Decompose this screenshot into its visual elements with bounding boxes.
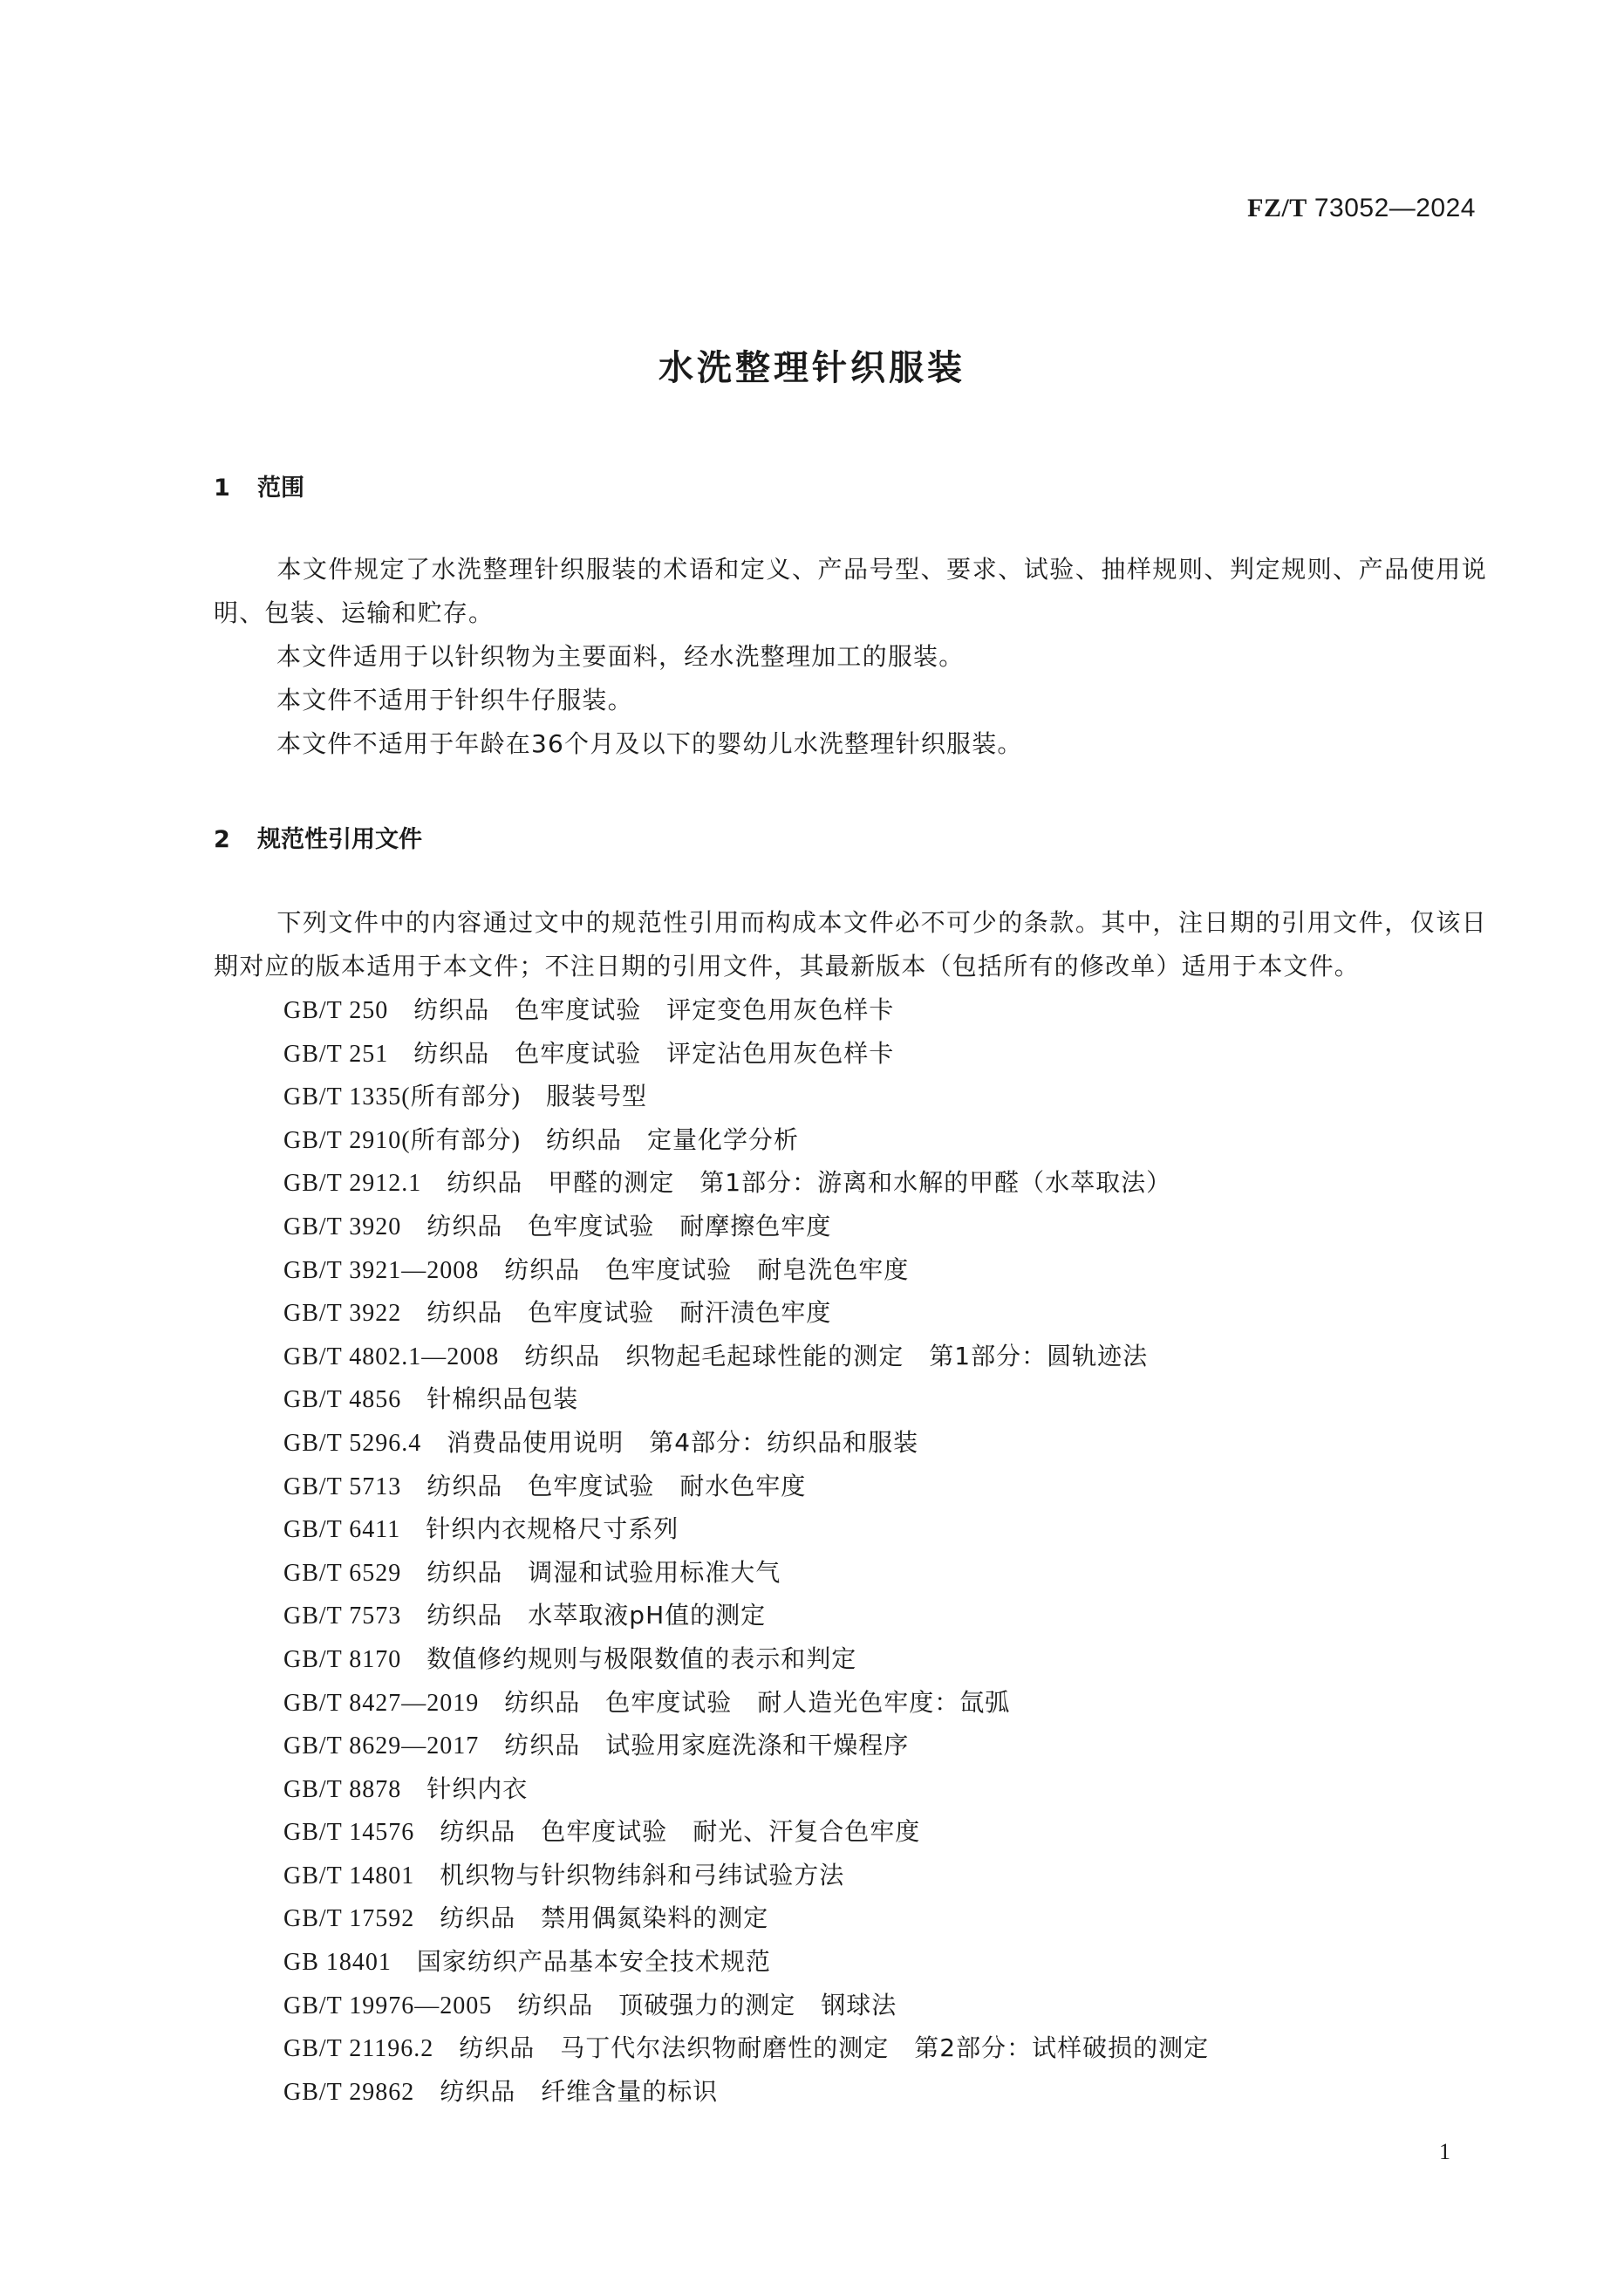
reference-title: 数值修约规则与极限数值的表示和判定 [426,1644,856,1673]
standard-number: 73052—2024 [1314,194,1476,222]
reference-title: 纺织品 织物起毛起球性能的测定 第1部分：圆轨迹法 [524,1342,1148,1370]
scope-paragraph-3: 本文件不适用于针织牛仔服装。 [214,679,1487,722]
reference-item: GB/T 3922 纺织品 色牢度试验 耐汗渍色牢度 [283,1291,1209,1335]
reference-item: GB/T 3921—2008 纺织品 色牢度试验 耐皂洗色牢度 [283,1248,1209,1292]
section-number: 2 [214,826,257,853]
reference-title: 纺织品 水萃取液pH值的测定 [426,1601,766,1630]
reference-item: GB/T 4802.1—2008 纺织品 织物起毛起球性能的测定 第1部分：圆轨… [283,1335,1209,1378]
reference-code: GB 18401 [283,1949,392,1976]
reference-title: 针棉织品包装 [426,1384,578,1413]
reference-code: GB/T 8878 [283,1776,401,1803]
reference-code: GB/T 4856 [283,1386,401,1413]
scope-paragraph-4: 本文件不适用于年龄在36个月及以下的婴幼儿水洗整理针织服装。 [214,722,1487,766]
reference-code: GB/T 17592 [283,1905,414,1932]
reference-item: GB 18401 国家纺织产品基本安全技术规范 [283,1940,1209,1984]
reference-code: GB/T 29862 [283,2079,414,2106]
reference-title: 纺织品 定量化学分析 [546,1125,799,1154]
reference-code: GB/T 3920 [283,1213,401,1240]
reference-code: GB/T 5713 [283,1473,401,1500]
reference-title: 纺织品 色牢度试验 耐水色牢度 [426,1472,806,1500]
reference-title: 针织内衣 [426,1774,528,1803]
reference-code: GB/T 14801 [283,1862,414,1889]
reference-title: 纺织品 色牢度试验 评定沾色用灰色样卡 [413,1039,894,1068]
reference-title: 针织内衣规格尺寸系列 [426,1514,679,1543]
reference-title: 纺织品 纤维含量的标识 [440,2077,718,2106]
reference-item: GB/T 6411 针织内衣规格尺寸系列 [283,1507,1209,1551]
reference-item: GB/T 8170 数值修约规则与极限数值的表示和判定 [283,1637,1209,1681]
reference-code: GB/T 3922 [283,1300,401,1327]
reference-code: GB/T 5296.4 [283,1430,421,1457]
reference-item: GB/T 19976—2005 纺织品 顶破强力的测定 钢球法 [283,1984,1209,2027]
reference-item: GB/T 7573 纺织品 水萃取液pH值的测定 [283,1594,1209,1637]
reference-item: GB/T 14576 纺织品 色牢度试验 耐光、汗复合色牢度 [283,1810,1209,1854]
reference-item: GB/T 251 纺织品 色牢度试验 评定沾色用灰色样卡 [283,1032,1209,1076]
reference-title: 纺织品 色牢度试验 耐汗渍色牢度 [426,1298,831,1327]
reference-title: 纺织品 色牢度试验 评定变色用灰色样卡 [413,995,894,1024]
reference-title: 纺织品 色牢度试验 耐光、汗复合色牢度 [440,1817,920,1846]
reference-title: 纺织品 马丁代尔法织物耐磨性的测定 第2部分：试样破损的测定 [459,2033,1209,2062]
reference-item: GB/T 250 纺织品 色牢度试验 评定变色用灰色样卡 [283,988,1209,1032]
reference-code: GB/T 21196.2 [283,2035,433,2062]
section-heading-normative-references: 2规范性引用文件 [214,820,422,854]
reference-code: GB/T 8170 [283,1646,401,1673]
reference-title: 纺织品 顶破强力的测定 钢球法 [517,1991,897,2019]
reference-code: GB/T 2912.1 [283,1170,421,1197]
reference-code: GB/T 8629—2017 [283,1732,479,1760]
reference-item: GB/T 8878 针织内衣 [283,1767,1209,1811]
section-title: 范围 [257,475,304,502]
reference-code: GB/T 251 [283,1041,388,1068]
reference-list: GB/T 250 纺织品 色牢度试验 评定变色用灰色样卡 GB/T 251 纺织… [283,988,1209,2113]
section-number: 1 [214,475,257,502]
reference-item: GB/T 6529 纺织品 调湿和试验用标准大气 [283,1551,1209,1595]
reference-title: 纺织品 色牢度试验 耐皂洗色牢度 [504,1255,909,1284]
document-title: 水洗整理针织服装 [0,340,1624,390]
page-number: 1 [1439,2139,1450,2165]
reference-item: GB/T 5296.4 消费品使用说明 第4部分：纺织品和服装 [283,1421,1209,1465]
reference-title: 服装号型 [546,1082,647,1110]
reference-item: GB/T 21196.2 纺织品 马丁代尔法织物耐磨性的测定 第2部分：试样破损… [283,2026,1209,2070]
section-title: 规范性引用文件 [257,826,422,853]
reference-code: GB/T 3921—2008 [283,1257,479,1284]
reference-item: GB/T 17592 纺织品 禁用偶氮染料的测定 [283,1896,1209,1940]
reference-item: GB/T 1335(所有部分) 服装号型 [283,1075,1209,1118]
reference-code: GB/T 6411 [283,1516,400,1543]
reference-title: 纺织品 色牢度试验 耐人造光色牢度：氙弧 [504,1688,1010,1717]
reference-code: GB/T 250 [283,997,388,1024]
reference-item: GB/T 14801 机织物与针织物纬斜和弓纬试验方法 [283,1854,1209,1897]
reference-code: GB/T 14576 [283,1819,414,1846]
reference-code: GB/T 6529 [283,1560,401,1587]
reference-code: GB/T 7573 [283,1602,401,1630]
reference-title: 纺织品 甲醛的测定 第1部分：游离和水解的甲醛（水萃取法） [447,1168,1171,1197]
references-intro-paragraph: 下列文件中的内容通过文中的规范性引用而构成本文件必不可少的条款。其中，注日期的引… [214,901,1487,988]
reference-item: GB/T 4856 针棉织品包装 [283,1377,1209,1421]
reference-item: GB/T 8427—2019 纺织品 色牢度试验 耐人造光色牢度：氙弧 [283,1681,1209,1725]
reference-code: GB/T 2910(所有部分) [283,1127,521,1154]
reference-title: 机织物与针织物纬斜和弓纬试验方法 [440,1861,844,1889]
section-heading-scope: 1范围 [214,468,304,502]
reference-code: GB/T 8427—2019 [283,1690,479,1717]
standard-prefix: FZ/T [1247,194,1307,222]
reference-title: 纺织品 禁用偶氮染料的测定 [440,1903,768,1932]
reference-code: GB/T 19976—2005 [283,1992,492,2019]
reference-title: 国家纺织产品基本安全技术规范 [417,1947,771,1976]
reference-item: GB/T 5713 纺织品 色牢度试验 耐水色牢度 [283,1465,1209,1508]
scope-paragraph-2: 本文件适用于以针织物为主要面料，经水洗整理加工的服装。 [214,635,1487,679]
reference-item: GB/T 2910(所有部分) 纺织品 定量化学分析 [283,1118,1209,1162]
reference-item: GB/T 29862 纺织品 纤维含量的标识 [283,2070,1209,2114]
reference-item: GB/T 3920 纺织品 色牢度试验 耐摩擦色牢度 [283,1205,1209,1248]
reference-code: GB/T 1335(所有部分) [283,1083,521,1110]
standard-code: FZ/T 73052—2024 [1247,194,1476,223]
reference-title: 纺织品 调湿和试验用标准大气 [426,1558,781,1587]
reference-item: GB/T 8629—2017 纺织品 试验用家庭洗涤和干燥程序 [283,1724,1209,1767]
reference-title: 纺织品 试验用家庭洗涤和干燥程序 [504,1731,909,1760]
reference-title: 纺织品 色牢度试验 耐摩擦色牢度 [426,1212,831,1240]
reference-code: GB/T 4802.1—2008 [283,1343,499,1370]
reference-title: 消费品使用说明 第4部分：纺织品和服装 [447,1428,918,1457]
reference-item: GB/T 2912.1 纺织品 甲醛的测定 第1部分：游离和水解的甲醛（水萃取法… [283,1161,1209,1205]
scope-paragraph-1: 本文件规定了水洗整理针织服装的术语和定义、产品号型、要求、试验、抽样规则、判定规… [214,548,1487,635]
